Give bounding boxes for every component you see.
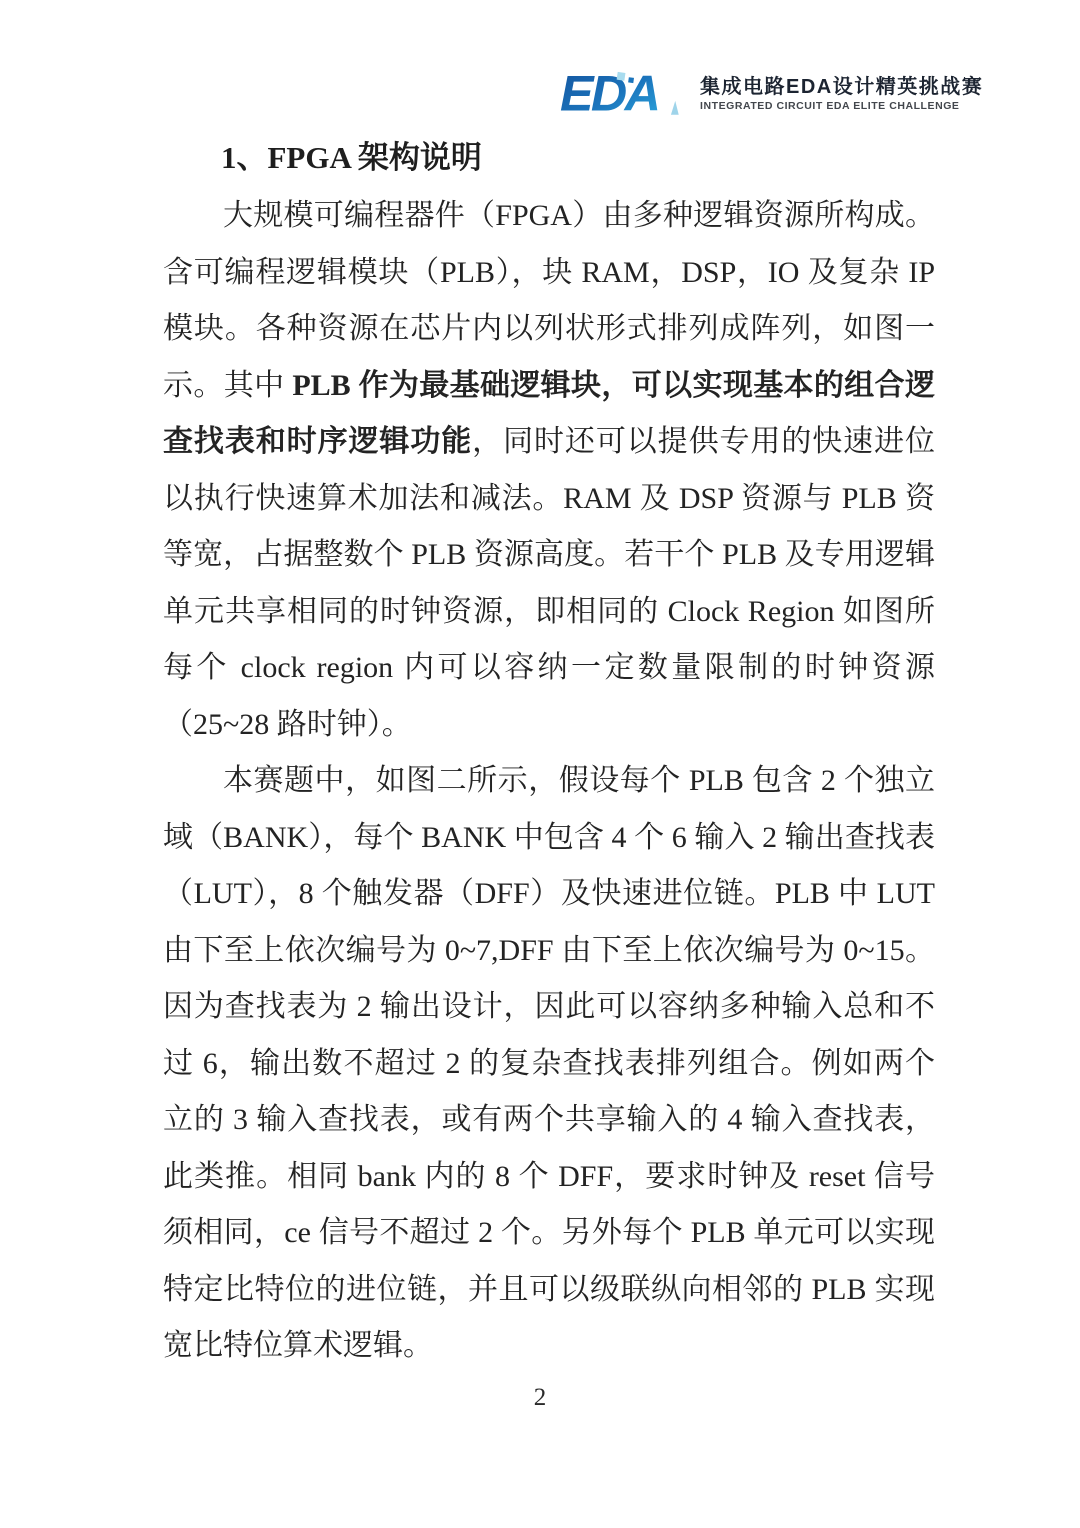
text-segment: 等宽，占据整数个 PLB 资源高度。若干个 PLB 及专用逻辑 [163,538,935,571]
text-line: 须相同，ce 信号不超过 2 个。另外每个 PLB 单元可以实现 [163,1205,935,1262]
text-line: 此类推。相同 bank 内的 8 个 DFF，要求时钟及 reset 信号必 [163,1149,935,1206]
text-segment: 域（BANK），每个 BANK 中包含 4 个 6 输入 2 输出查找表 [163,821,935,854]
text-segment: （LUT），8 个触发器（DFF）及快速进位链。PLB 中 LUT [163,877,935,910]
text-line: 查找表和时序逻辑功能，同时还可以提供专用的快速进位链， [163,414,935,471]
text-segment: 单元共享相同的时钟资源，即相同的 Clock Region 如图所示。 [163,595,935,641]
text-line: 每个 clock region 内可以容纳一定数量限制的时钟资源 [163,640,935,697]
text-segment: 含可编程逻辑模块（PLB），块 RAM，DSP，IO 及复杂 IP [163,256,935,289]
text-segment: （25~28 路时钟）。 [163,708,412,741]
text-segment: 特定比特位的进位链，并且可以级联纵向相邻的 PLB 实现更 [163,1273,935,1319]
text-line: 等宽，占据整数个 PLB 资源高度。若干个 PLB 及专用逻辑 [163,527,935,584]
text-line: 模块。各种资源在芯片内以列状形式排列成阵列，如图一所 [163,301,935,358]
text-segment: 须相同，ce 信号不超过 2 个。另外每个 PLB 单元可以实现 [163,1216,935,1249]
text-segment: 模块。各种资源在芯片内以列状形式排列成阵列，如图一所 [163,312,935,358]
text-line: 宽比特位算术逻辑。 [163,1318,935,1375]
header-logo: EDA 集成电路EDA设计精英挑战赛 INTEGRATED CIRCUIT ED… [560,62,983,126]
text-line: 本赛题中，如图二所示，假设每个 PLB 包含 2 个独立区 [163,753,935,810]
text-segment: 此类推。相同 bank 内的 8 个 DFF，要求时钟及 reset 信号必 [163,1160,935,1206]
text-segment: 由下至上依次编号为 0~7,DFF 由下至上依次编号为 0~15。 [163,934,935,967]
document-page: EDA 集成电路EDA设计精英挑战赛 INTEGRATED CIRCUIT ED… [0,0,1080,1528]
text-line: 由下至上依次编号为 0~7,DFF 由下至上依次编号为 0~15。 [163,923,935,980]
text-segment: 本赛题中，如图二所示，假设每个 PLB 包含 2 个独立区 [163,764,935,810]
document-body: 大规模可编程器件（FPGA）由多种逻辑资源所构成。包含可编程逻辑模块（PLB），… [163,188,935,1375]
text-segment: 宽比特位算术逻辑。 [163,1329,433,1362]
logo-title-cn: 集成电路EDA设计精英挑战赛 [700,75,983,99]
logo-wordmark: 集成电路EDA设计精英挑战赛 INTEGRATED CIRCUIT EDA EL… [700,75,983,113]
text-line: （LUT），8 个触发器（DFF）及快速进位链。PLB 中 LUT [163,866,935,923]
text-line: 域（BANK），每个 BANK 中包含 4 个 6 输入 2 输出查找表 [163,810,935,867]
eda-logo-icon: EDA [560,62,690,126]
text-line: 立的 3 输入查找表，或有两个共享输入的 4 输入查找表，以 [163,1092,935,1149]
text-line: 因为查找表为 2 输出设计，因此可以容纳多种输入总和不超 [163,979,935,1036]
text-segment: 因为查找表为 2 输出设计，因此可以容纳多种输入总和不超 [163,990,935,1036]
text-segment-bold: 查找表和时序逻辑功能 [163,425,472,458]
text-line: （25~28 路时钟）。 [163,697,935,754]
text-segment: 每个 clock region 内可以容纳一定数量限制的时钟资源 [163,651,935,684]
logo-title-en: INTEGRATED CIRCUIT EDA ELITE CHALLENGE [700,99,983,113]
text-line: 含可编程逻辑模块（PLB），块 RAM，DSP，IO 及复杂 IP [163,245,935,302]
text-line: 示。其中 PLB 作为最基础逻辑块，可以实现基本的组合逻辑 [163,358,935,415]
text-segment: 过 6，输出数不超过 2 的复杂查找表排列组合。例如两个独 [163,1047,935,1093]
section-heading: 1、FPGA 架构说明 [163,136,993,180]
text-segment: 以执行快速算术加法和减法。RAM 及 DSP 资源与 PLB 资源 [163,482,935,528]
svg-text:EDA: EDA [560,65,658,121]
page-number: 2 [0,1384,1080,1412]
text-segment: 立的 3 输入查找表，或有两个共享输入的 4 输入查找表，以 [163,1103,935,1149]
text-line: 以执行快速算术加法和减法。RAM 及 DSP 资源与 PLB 资源 [163,471,935,528]
text-segment: 大规模可编程器件（FPGA）由多种逻辑资源所构成。包 [163,199,935,245]
text-line: 大规模可编程器件（FPGA）由多种逻辑资源所构成。包 [163,188,935,245]
text-line: 特定比特位的进位链，并且可以级联纵向相邻的 PLB 实现更 [163,1262,935,1319]
text-line: 过 6，输出数不超过 2 的复杂查找表排列组合。例如两个独 [163,1036,935,1093]
text-line: 单元共享相同的时钟资源，即相同的 Clock Region 如图所示。 [163,584,935,641]
text-segment: 示。其中 [163,369,292,402]
